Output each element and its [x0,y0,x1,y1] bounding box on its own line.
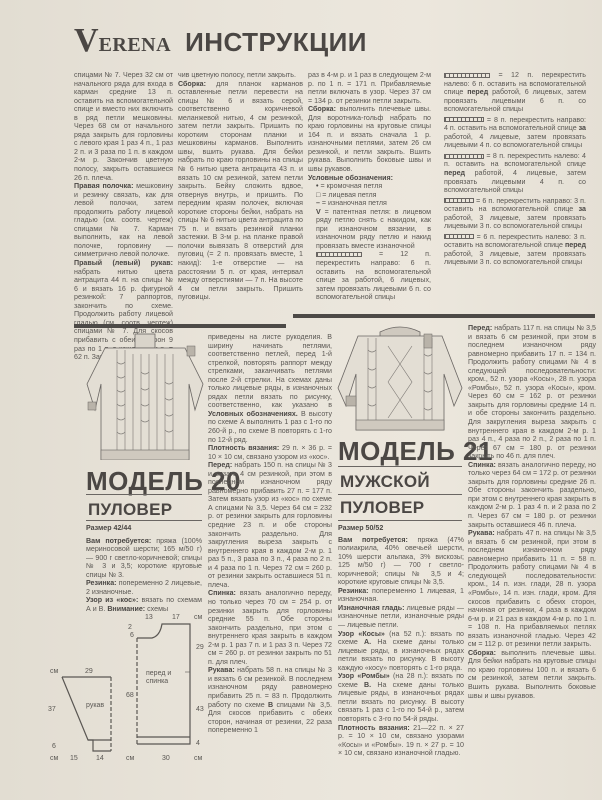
legend-item: □ = лицевая петля [308,191,431,200]
model21-title-underline [338,466,462,467]
paragraph-text: выполнить плечевые швы. Для бейки набрат… [468,649,596,700]
cable-cross-symbol-icon [444,117,484,122]
paragraph-heading: Сборка: [468,649,496,657]
paragraph-heading: Изнаночная гладь: [338,604,404,612]
body-rib-height: 4 [196,740,200,747]
model21-subtitle-2: ПУЛОВЕР [340,498,424,518]
diagram-unit-label: см [50,668,58,675]
paragraph-heading: Правый (левый) рукав: [74,259,173,267]
text-paragraph: Вам потребуется: пряжа (100% мериносовой… [86,537,202,580]
paragraph-text: набрать 47 п. на спицы № 3,5 и вязать 6 … [468,529,596,648]
text-paragraph: Сборка: выполнить плечевые швы. Для воро… [308,105,431,173]
text-paragraph: приведены на листе рукоделия. В ширину н… [208,333,332,444]
text-paragraph: чив цветную полосу, петли закрыть. [178,71,303,80]
paragraph-heading: Рукава: [468,529,495,537]
paragraph-heading: Перед: [208,461,232,469]
legend-text: = лицевая петля [322,191,376,199]
legend-emphasis: за [579,205,586,213]
cable-cross-symbol-icon [444,198,474,203]
top-column-4-cable-legend: = 12 п. перекрестить налево: 6 п. остави… [436,71,586,269]
text-paragraph: Правая полочка: мешковину и резинку связ… [74,182,173,259]
divider-rule-right [293,314,595,318]
paragraph-heading: Вам потребуется: [86,537,151,545]
model21-sweater-illustration [336,324,464,434]
sleeve-bottom-right: 14 [96,755,104,762]
text-paragraph: раз в 4-м р. и 1 раз в следующем 2-м р. … [308,71,431,105]
sleeve-bottom-left: 15 [70,755,78,762]
model21-instructions-text: Перед: набрать 117 п. на спицы № 3,5 и в… [468,324,596,700]
paragraph-text: выполнить плечевые швы. Для воротника-го… [308,105,431,173]
paragraph-heading: Перед: [468,324,492,332]
text-paragraph: Спинка: вязать аналогично переду, но тол… [208,589,332,666]
legend-item-cable12-right: = 12 п. перекрестить направо: 6 п. остав… [308,250,431,301]
pattern-schematic [0,600,215,770]
text-paragraph: Сборка: для планок карманов оставленные … [178,80,303,302]
legend-text: работой, 4 лицевые, затем провязать лице… [444,133,586,150]
page-title: ИНСТРУКЦИИ [185,27,367,58]
text-paragraph: Сборка: выполнить плечевые швы. Для бейк… [468,649,596,700]
legend-item: • = кромочная петля [308,182,431,191]
body-neck-six: 6 [130,632,134,639]
paragraph-text: мешковину и резинку связать, как для лев… [74,182,173,258]
legend-emphasis: перед [444,169,465,177]
diagram-unit-label-top: см [194,614,202,621]
model20-instructions-text: приведены на листе рукоделия. В ширину н… [208,333,332,735]
body-top-right: 17 [172,614,180,621]
paragraph-text: пряжа (47% полиакрила, 40% овечьей шерст… [338,536,464,587]
cable-legend-item: = 8 п. перекрестить направо: 4 п. остави… [436,116,586,150]
divider-rule-left [74,324,286,328]
diagram-unit-label-body-right: см [194,755,202,762]
top-column-1: спицами № 7. Через 32 см от начального р… [74,71,173,362]
body-width: 30 [162,755,170,762]
paragraph-text: для планок карманов оставленные петли пе… [178,80,303,302]
cable-legend-item: = 12 п. перекрестить налево: 6 п. остави… [436,71,586,114]
paragraph-text: приведены на листе рукоделия. В ширину н… [208,333,332,409]
legend-text: работой, 3 лицевые, затем провязать лице… [444,250,586,267]
text-paragraph: Узор «Ромбы» (на 28 п.): вязать по схеме… [338,672,464,723]
model21-subtitle1-underline [338,494,462,495]
text-paragraph: Рукава: набрать 58 п. на спицы № 3 и вяз… [208,666,332,734]
model21-subtitle2-underline [338,520,462,521]
cable-cross-symbol-icon [444,73,490,78]
text-paragraph: Резинка: попеременно 2 лицевые, 2 изнано… [86,579,202,596]
model20-pattern-diagram: см 29 37 рукав 6 см 15 14 13 17 см 2 6 2… [0,600,215,770]
paragraph-heading: Плотность вязания: [208,444,279,452]
legend-text: = 12 п. перекрестить направо: 6 п. остав… [316,250,431,301]
cable-cross-symbol-icon [316,252,362,257]
magazine-page: VERENA ИНСТРУКЦИИ спицами № 7. Через 32 … [0,0,602,800]
body-armhole-height: 29 [196,644,204,651]
model20-subtitle-underline [86,520,202,521]
sleeve-height: 37 [48,706,56,713]
text-paragraph: Плотность вязания: 21—22 п. × 27 р. = 10… [338,724,464,758]
body-neck-depth: 2 [128,624,132,631]
legend-emphasis: перед [565,241,586,249]
cable-cross-symbol-icon [444,154,484,159]
text-paragraph: Спинка: вязать аналогично переду, но тол… [468,461,596,529]
model20-size: Размер 42/44 [86,524,202,533]
cable-legend-item: = 6 п. перекрестить налево: 3 п. оставит… [436,233,586,267]
legend-text: = патентная петля: в лицевом ряду петлю … [316,208,431,250]
legend-symbol-icon: V [316,208,325,216]
top-column-2: чив цветную полосу, петли закрыть.Сборка… [178,71,303,302]
top-column-3: раз в 4-м р. и 1 раз в следующем 2-м р. … [308,71,431,302]
paragraph-heading: Резинка: [86,579,117,587]
model21-subtitle-1: МУЖСКОЙ [340,472,430,492]
body-side-height: 43 [196,706,204,713]
legend-emphasis: за [579,124,586,132]
paragraph-heading: Рукава: [208,666,235,674]
paragraph-heading: Правая полочка: [74,182,133,190]
text-paragraph: Рукава: набрать 47 п. на спицы № 3,5 и в… [468,529,596,649]
text-paragraph: Плотность вязания: 29 п. × 36 р. = 10 × … [208,444,332,461]
cable-legend-item: = 8 п. перекрестить налево: 4 п. оставит… [436,152,586,195]
paragraph-text: чив цветную полосу, петли закрыть. [178,71,296,79]
model20-sweater-illustration [85,332,205,460]
paragraph-text: вязать аналогично переду, но только чере… [208,589,332,665]
legend-item: V = патентная петля: в лицевом ряду петл… [308,208,431,251]
model20-title-underline [86,494,202,495]
sleeve-label: рукав [86,702,104,709]
text-paragraph: Вам потребуется: пряжа (47% полиакрила, … [338,536,464,587]
text-paragraph: Перед: набрать 150 п. на спицы № 3 и вяз… [208,461,332,589]
cable-cross-symbol-icon [444,234,474,239]
paragraph-heading: Условных обозначениях. [208,410,298,418]
body-top-left: 13 [145,614,153,621]
paragraph-text: раз в 4-м р. и 1 раз в следующем 2-м р. … [308,71,431,105]
paragraph-heading: Плотность вязания: [338,724,410,732]
text-paragraph: спицами № 7. Через 32 см от начального р… [74,71,173,182]
paragraph-text: набрать 150 п. на спицы № 3 и вязать 4 с… [208,461,332,589]
text-paragraph: Узор «Косы» (на 52 п.): вязать по схеме … [338,630,464,673]
sleeve-top-width: 29 [85,668,93,675]
page-header: VERENA ИНСТРУКЦИИ [74,22,367,62]
legend-text: = изнаночная петля [322,199,387,207]
paragraph-heading: Узор «Ромбы» [338,672,390,680]
legend-title: Условные обозначения: [308,174,431,183]
text-paragraph: Резинка: попеременно 1 лицевая, 1 изнано… [338,587,464,604]
sleeve-cuff-height: 6 [52,743,56,750]
paragraph-heading: Спинка: [468,461,496,469]
body-height: 68 [126,692,134,699]
text-paragraph: Изнаночная гладь: лицевые ряды — изнаноч… [338,604,464,630]
paragraph-heading: Спинка: [208,589,236,597]
paragraph-heading: Резинка: [338,587,369,595]
text-paragraph: Перед: набрать 117 п. на спицы № 3,5 и в… [468,324,596,461]
paragraph-heading: Сборка: [308,105,336,113]
brand-logo: VERENA [74,22,171,60]
model21-materials-text: Размер 50/52Вам потребуется: пряжа (47% … [338,524,464,758]
legend-emphasis: перед [467,88,488,96]
body-label: перед и спинка [146,670,180,686]
cable-legend-item: = 6 п. перекрестить направо: 3 п. остави… [436,197,586,231]
diagram-unit-label-body: см [126,755,134,762]
diagram-unit-label-bottom: см [50,755,58,762]
model20-subtitle: ПУЛОВЕР [88,500,172,520]
paragraph-text: вязать аналогично переду, но только чере… [468,461,596,529]
paragraph-heading: Сборка: [178,80,206,88]
legend-text: работой, 3 лицевые, затем провязать лице… [444,214,586,231]
legend-item: – = изнаночная петля [308,199,431,208]
model21-size: Размер 50/52 [338,524,464,533]
legend-text: = кромочная петля [320,182,382,190]
legend-text: работой, 4 лицевые, затем провязать лице… [444,169,586,194]
paragraph-heading: Вам потребуется: [338,536,408,544]
paragraph-text: спицами № 7. Через 32 см от начального р… [74,71,173,182]
paragraph-text: набрать 117 п. на спицы № 3,5 и вязать 6… [468,324,596,460]
paragraph-heading: Узор «Косы» [338,630,385,638]
